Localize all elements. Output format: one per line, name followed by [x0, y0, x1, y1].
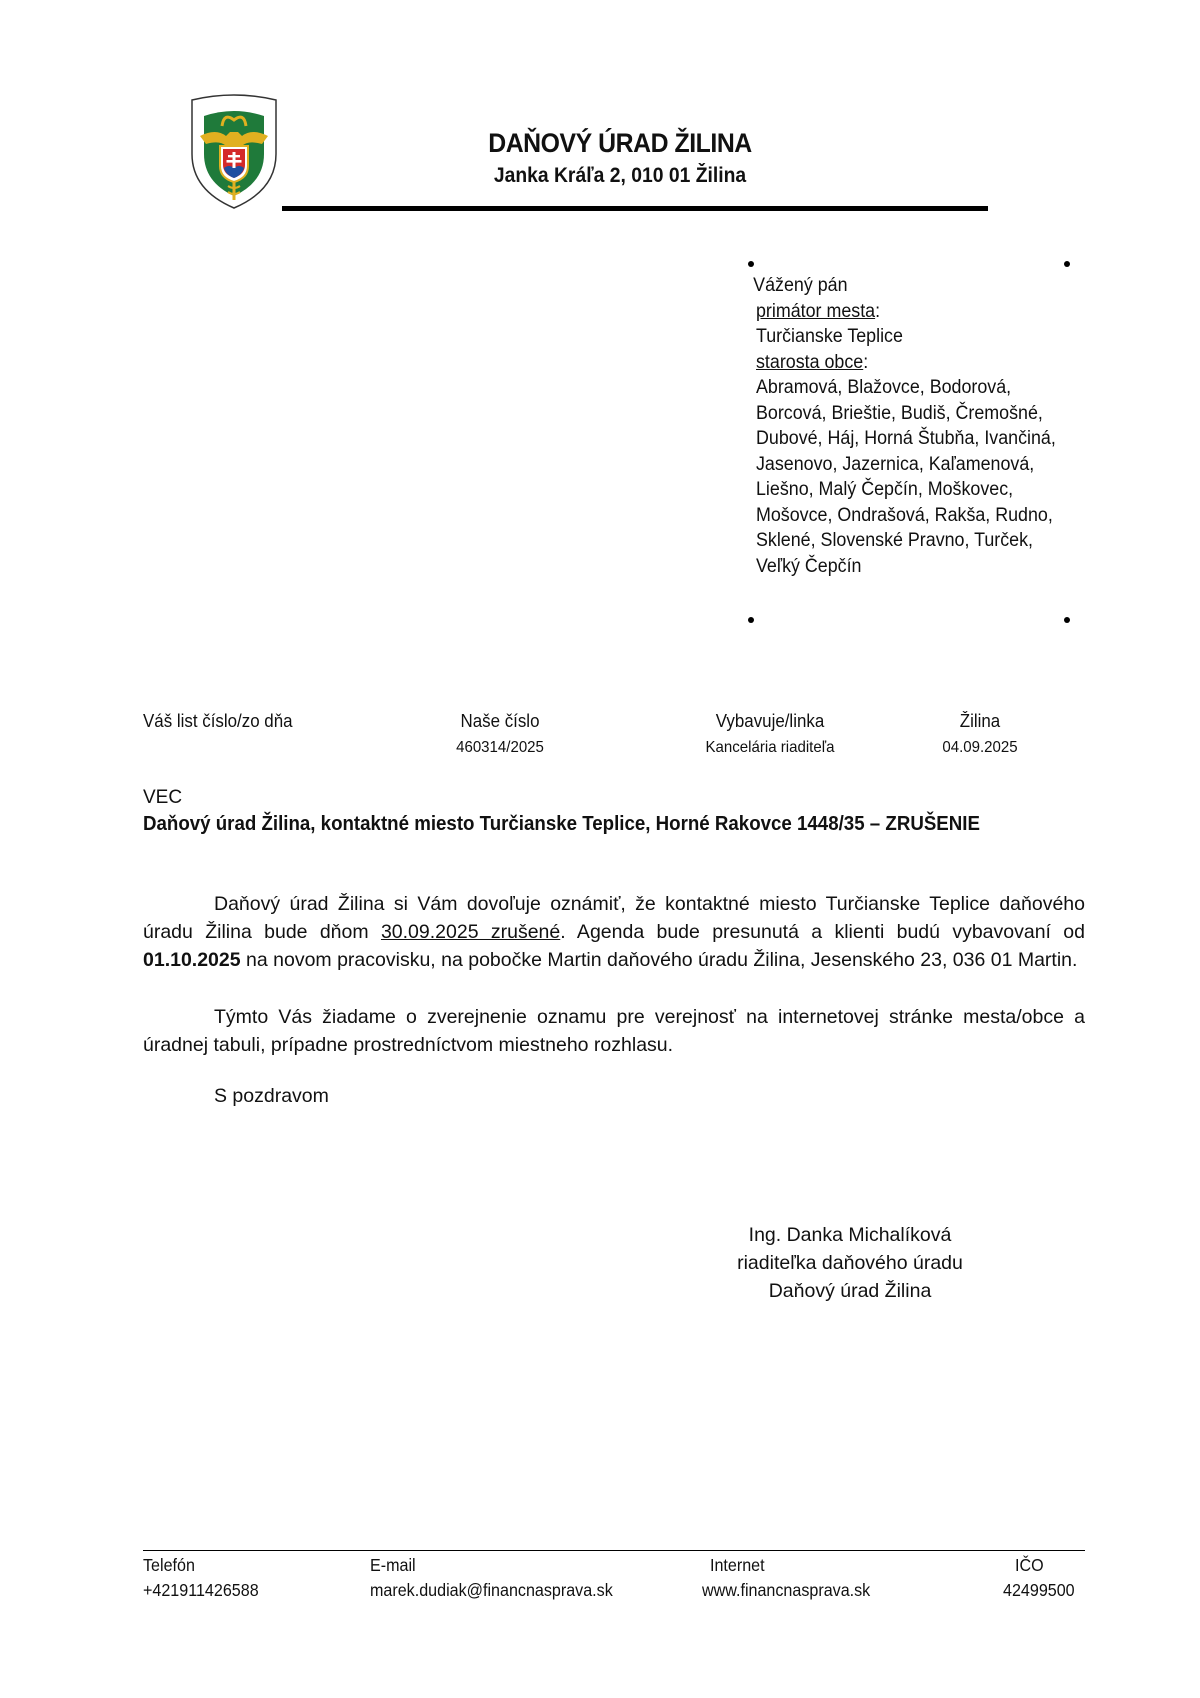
- footer-divider: [143, 1550, 1085, 1551]
- our-number-label: Naše číslo: [406, 711, 594, 732]
- header-divider: [282, 206, 988, 211]
- municipality-line: Borcová, Brieštie, Budiš, Čremošné,: [756, 401, 1056, 427]
- footer-ico-label: IČO: [1015, 1555, 1044, 1576]
- subject-text: Daňový úrad Žilina, kontaktné miesto Tur…: [143, 813, 980, 836]
- handled-by-value: Kancelária riaditeľa: [667, 739, 874, 757]
- place-label: Žilina: [924, 711, 1037, 732]
- address-window-corner-br: [1064, 617, 1070, 623]
- municipality-line: Liešno, Malý Čepčín, Moškovec,: [756, 477, 1056, 503]
- office-address: Janka Kráľa 2, 010 01 Žilina: [289, 164, 951, 188]
- body-paragraph-2: Týmto Vás žiadame o zverejnenie oznamu p…: [143, 1003, 1085, 1059]
- footer-email-link[interactable]: marek.dudiak@financnasprava.sk: [370, 1580, 613, 1601]
- recipient-salutation: Vážený pán: [753, 273, 1056, 299]
- footer-ico-value: 42499500: [1003, 1580, 1075, 1601]
- signatory-title: riaditeľka daňového úradu: [700, 1249, 1000, 1277]
- municipality-line: Veľký Čepčín: [756, 554, 1056, 580]
- cancellation-date: 30.09.2025 zrušené: [381, 921, 560, 943]
- letter-date: 04.09.2025: [924, 739, 1037, 757]
- municipality-line: Abramová, Blažovce, Bodorová,: [756, 375, 1056, 401]
- emblem-icon: [186, 92, 282, 210]
- address-window-corner-tr: [1064, 261, 1070, 267]
- signatory-office: Daňový úrad Žilina: [700, 1277, 1000, 1305]
- recipient-city: Turčianske Teplice: [756, 324, 1056, 350]
- address-window-corner-tl: [748, 261, 754, 267]
- municipality-line: Jasenovo, Jazernica, Kaľamenová,: [756, 452, 1056, 478]
- office-name: DAŇOVÝ ÚRAD ŽILINA: [289, 128, 951, 159]
- handled-by-label: Vybavuje/linka: [667, 711, 874, 732]
- municipality-line: Sklené, Slovenské Pravno, Turček,: [756, 528, 1056, 554]
- footer-email-label: E-mail: [370, 1555, 416, 1576]
- signatory-name: Ing. Danka Michalíková: [700, 1221, 1000, 1249]
- recipient-role-mayor-municipality: starosta obce:: [756, 350, 1056, 376]
- our-number-value: 460314/2025: [406, 739, 594, 757]
- new-office-date: 01.10.2025: [143, 949, 241, 971]
- body-paragraph-1: Daňový úrad Žilina si Vám dovoľuje oznám…: [143, 890, 1085, 974]
- closing-greeting: S pozdravom: [214, 1085, 329, 1108]
- recipient-address: Vážený pán primátor mesta: Turčianske Te…: [756, 273, 1056, 579]
- signature-block: Ing. Danka Michalíková riaditeľka daňové…: [700, 1221, 1000, 1305]
- footer-phone-value: +421911426588: [143, 1580, 259, 1601]
- financna-sprava-emblem: [186, 92, 282, 210]
- municipality-line: Mošovce, Ondrašová, Rakša, Rudno,: [756, 503, 1056, 529]
- footer-phone-label: Telefón: [143, 1555, 195, 1576]
- your-letter-label: Váš list číslo/zo dňa: [143, 711, 293, 732]
- address-window-corner-bl: [748, 617, 754, 623]
- municipality-line: Dubové, Háj, Horná Štubňa, Ivančiná,: [756, 426, 1056, 452]
- footer-web-label: Internet: [710, 1555, 765, 1576]
- footer-web-link[interactable]: www.financnasprava.sk: [702, 1580, 870, 1601]
- recipient-role-mayor-city: primátor mesta:: [756, 299, 1056, 325]
- subject-label: VEC: [143, 787, 182, 809]
